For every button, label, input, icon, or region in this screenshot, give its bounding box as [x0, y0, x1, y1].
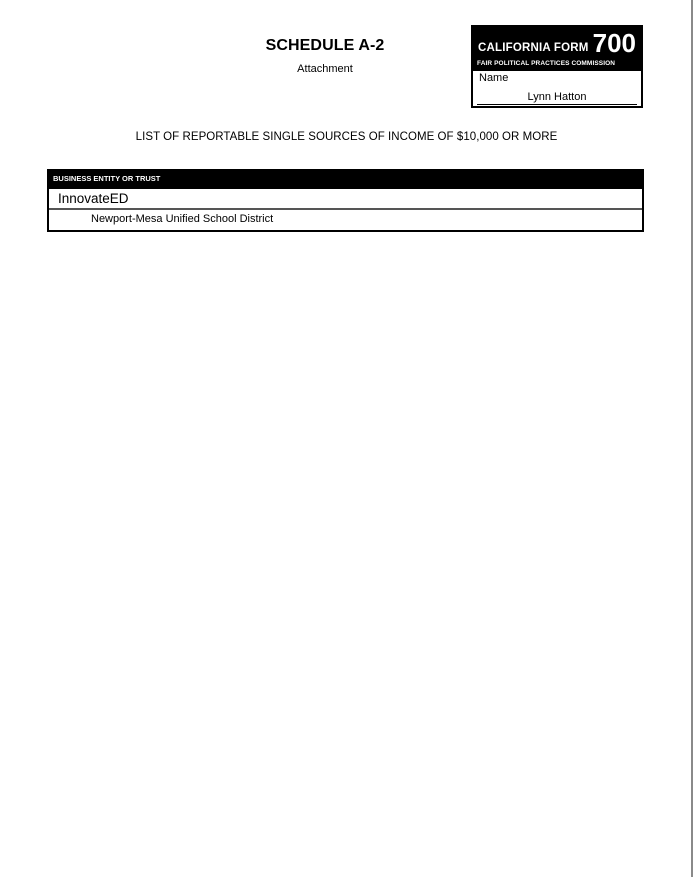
form-header: CALIFORNIA FORM 700 FAIR POLITICAL PRACT…	[473, 27, 641, 71]
name-label: Name	[479, 72, 508, 84]
schedule-title: SCHEDULE A-2	[245, 37, 405, 55]
entity-name: InnovateED	[49, 189, 642, 210]
form-agency-label: CALIFORNIA FORM	[478, 42, 589, 54]
name-field: Lynn Hatton	[477, 91, 637, 105]
table-header: BUSINESS ENTITY OR TRUST	[47, 169, 644, 189]
business-entity-table: BUSINESS ENTITY OR TRUST InnovateED Newp…	[47, 169, 644, 232]
income-source-row: Newport-Mesa Unified School District	[49, 210, 642, 230]
form-identifier-box: CALIFORNIA FORM 700 FAIR POLITICAL PRACT…	[471, 25, 643, 108]
list-title: LIST OF REPORTABLE SINGLE SOURCES OF INC…	[0, 131, 693, 143]
form-number: 700	[593, 28, 636, 59]
document-page: SCHEDULE A-2 Attachment CALIFORNIA FORM …	[0, 0, 693, 877]
schedule-subtitle: Attachment	[245, 63, 405, 75]
commission-label: FAIR POLITICAL PRACTICES COMMISSION	[477, 60, 615, 67]
